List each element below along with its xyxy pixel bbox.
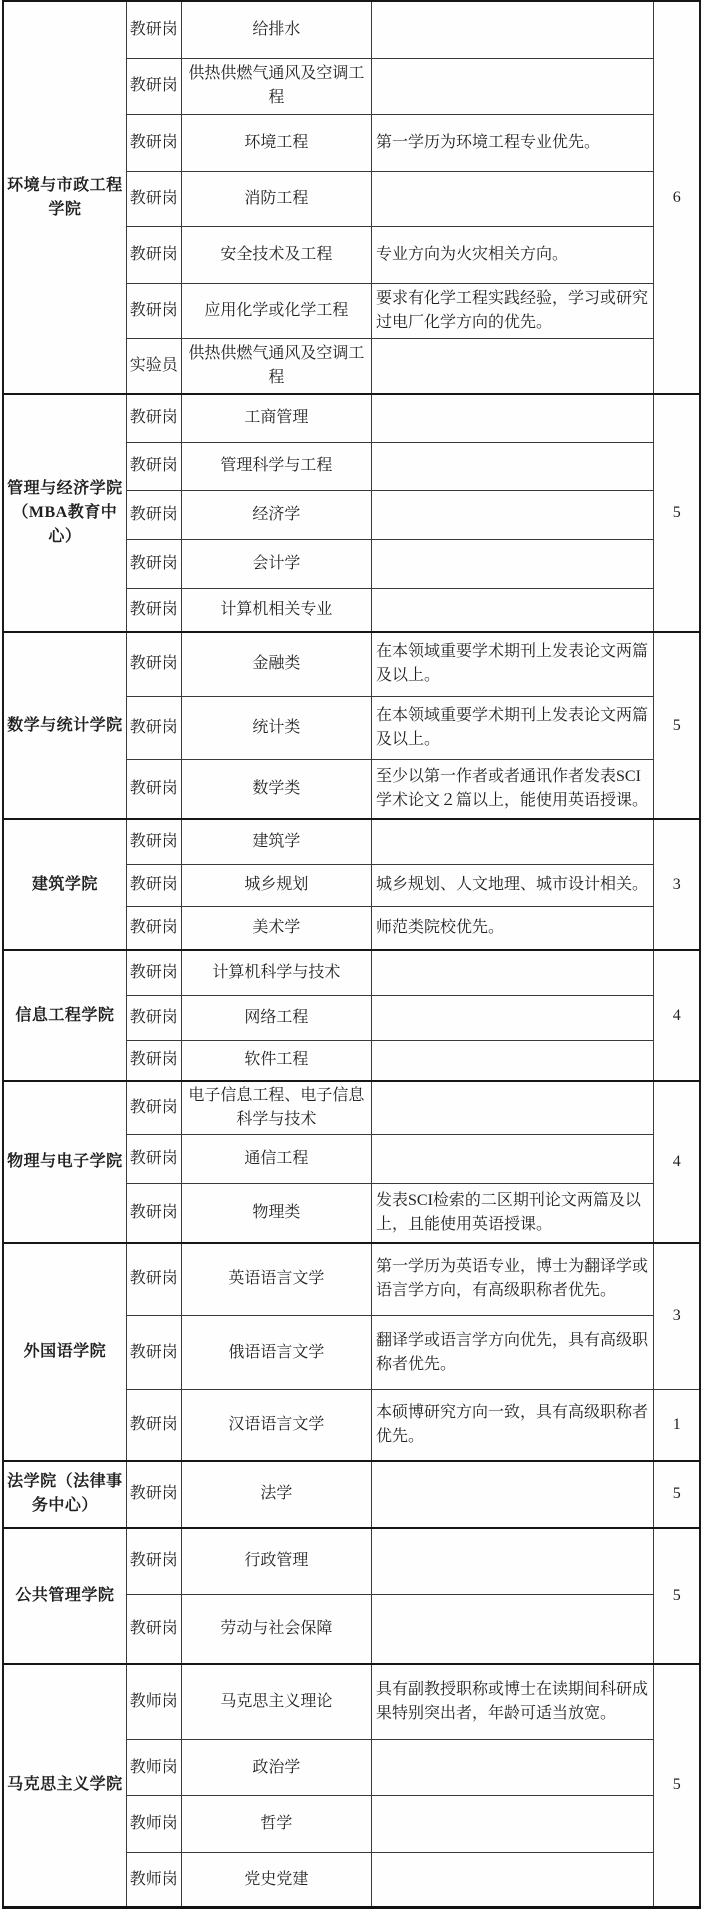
major-cell: 党史党建 — [181, 1853, 371, 1908]
position-cell: 教研岗 — [126, 696, 181, 759]
major-cell: 马克思主义理论 — [181, 1664, 371, 1740]
college-cell: 法学院（法律事务中心） — [3, 1461, 126, 1528]
count-cell: 5 — [654, 1664, 700, 1908]
position-cell: 教研岗 — [126, 1461, 181, 1528]
major-cell: 建筑学 — [181, 819, 371, 864]
position-cell: 教研岗 — [126, 1595, 181, 1664]
position-cell: 教研岗 — [126, 114, 181, 171]
requirement-cell — [372, 1796, 654, 1853]
major-cell: 政治学 — [181, 1740, 371, 1796]
major-cell: 通信工程 — [181, 1135, 371, 1184]
major-cell: 电子信息工程、电子信息科学与技术 — [181, 1081, 371, 1135]
major-cell: 管理科学与工程 — [181, 442, 371, 490]
requirement-cell — [372, 539, 654, 588]
requirement-cell — [372, 1040, 654, 1081]
table-row: 建筑学院教研岗建筑学3 — [3, 819, 700, 864]
position-cell: 实验员 — [126, 338, 181, 394]
count-cell: 4 — [654, 950, 700, 1081]
requirement-cell — [372, 1740, 654, 1796]
table-row: 公共管理学院教研岗行政管理5 — [3, 1528, 700, 1595]
requirement-cell — [372, 1595, 654, 1664]
requirement-cell — [372, 1853, 654, 1908]
major-cell: 俄语语言文学 — [181, 1316, 371, 1390]
count-cell: 5 — [654, 1461, 700, 1528]
major-cell: 供热供燃气通风及空调工程 — [181, 58, 371, 114]
requirement-cell: 第一学历为英语专业，博士为翻译学或语言学方向，有高级职称者优先。 — [372, 1243, 654, 1316]
requirement-cell: 至少以第一作者或者通讯作者发表SCI学术论文２篇以上，能使用英语授课。 — [372, 759, 654, 819]
requirement-cell: 要求有化学工程实践经验，学习或研究过电厂化学方向的优先。 — [372, 283, 654, 338]
count-cell: 5 — [654, 632, 700, 819]
position-cell: 教师岗 — [126, 1796, 181, 1853]
position-cell: 教研岗 — [126, 1184, 181, 1243]
position-cell: 教研岗 — [126, 759, 181, 819]
requirement-cell: 在本领域重要学术期刊上发表论文两篇及以上。 — [372, 632, 654, 696]
position-cell: 教研岗 — [126, 1316, 181, 1390]
college-cell: 马克思主义学院 — [3, 1664, 126, 1908]
table-row: 物理与电子学院教研岗电子信息工程、电子信息科学与技术4 — [3, 1081, 700, 1135]
requirement-cell — [372, 1081, 654, 1135]
major-cell: 行政管理 — [181, 1528, 371, 1595]
college-cell: 建筑学院 — [3, 819, 126, 950]
requirement-cell: 师范类院校优先。 — [372, 906, 654, 950]
position-cell: 教研岗 — [126, 1081, 181, 1135]
college-cell: 管理与经济学院（MBA教育中心） — [3, 394, 126, 632]
position-cell: 教研岗 — [126, 226, 181, 283]
requirement-cell: 专业方向为火灾相关方向。 — [372, 226, 654, 283]
position-cell: 教研岗 — [126, 1528, 181, 1595]
requirement-cell: 城乡规划、人文地理、城市设计相关。 — [372, 864, 654, 906]
position-cell: 教研岗 — [126, 632, 181, 696]
position-cell: 教师岗 — [126, 1740, 181, 1796]
requirement-cell — [372, 58, 654, 114]
major-cell: 美术学 — [181, 906, 371, 950]
college-cell: 公共管理学院 — [3, 1528, 126, 1664]
count-cell: 5 — [654, 394, 700, 632]
major-cell: 劳动与社会保障 — [181, 1595, 371, 1664]
college-cell: 环境与市政工程学院 — [3, 1, 126, 394]
position-cell: 教研岗 — [126, 1390, 181, 1461]
position-cell: 教师岗 — [126, 1664, 181, 1740]
requirement-cell: 本硕博研究方向一致，具有高级职称者优先。 — [372, 1390, 654, 1461]
requirement-cell — [372, 394, 654, 442]
position-cell: 教研岗 — [126, 588, 181, 632]
major-cell: 网络工程 — [181, 995, 371, 1040]
count-cell: 3 — [654, 1243, 700, 1390]
position-cell: 教研岗 — [126, 906, 181, 950]
requirement-cell: 发表SCI检索的二区期刊论文两篇及以上，且能使用英语授课。 — [372, 1184, 654, 1243]
college-cell: 数学与统计学院 — [3, 632, 126, 819]
count-cell: 1 — [654, 1390, 700, 1461]
table-row: 环境与市政工程学院教研岗给排水6 — [3, 1, 700, 58]
major-cell: 计算机科学与技术 — [181, 950, 371, 995]
requirement-cell — [372, 1135, 654, 1184]
count-cell: 6 — [654, 1, 700, 394]
major-cell: 法学 — [181, 1461, 371, 1528]
major-cell: 软件工程 — [181, 1040, 371, 1081]
requirement-cell — [372, 442, 654, 490]
table-row: 管理与经济学院（MBA教育中心）教研岗工商管理5 — [3, 394, 700, 442]
college-cell: 外国语学院 — [3, 1243, 126, 1461]
position-cell: 教研岗 — [126, 171, 181, 226]
requirement-cell: 在本领域重要学术期刊上发表论文两篇及以上。 — [372, 696, 654, 759]
major-cell: 英语语言文学 — [181, 1243, 371, 1316]
position-cell: 教研岗 — [126, 864, 181, 906]
requirement-cell — [372, 338, 654, 394]
major-cell: 经济学 — [181, 490, 371, 539]
requirement-cell — [372, 1, 654, 58]
major-cell: 数学类 — [181, 759, 371, 819]
major-cell: 环境工程 — [181, 114, 371, 171]
requirement-cell — [372, 490, 654, 539]
major-cell: 金融类 — [181, 632, 371, 696]
major-cell: 给排水 — [181, 1, 371, 58]
requirement-cell — [372, 819, 654, 864]
major-cell: 应用化学或化学工程 — [181, 283, 371, 338]
requirement-cell: 具有副教授职称或博士在读期间科研成果特别突出者，年龄可适当放宽。 — [372, 1664, 654, 1740]
position-cell: 教师岗 — [126, 1853, 181, 1908]
table-row: 外国语学院教研岗英语语言文学第一学历为英语专业，博士为翻译学或语言学方向，有高级… — [3, 1243, 700, 1316]
position-cell: 教研岗 — [126, 995, 181, 1040]
table-row: 法学院（法律事务中心）教研岗法学5 — [3, 1461, 700, 1528]
requirement-cell: 第一学历为环境工程专业优先。 — [372, 114, 654, 171]
major-cell: 统计类 — [181, 696, 371, 759]
count-cell: 4 — [654, 1081, 700, 1243]
position-cell: 教研岗 — [126, 490, 181, 539]
position-cell: 教研岗 — [126, 394, 181, 442]
count-cell: 3 — [654, 819, 700, 950]
position-cell: 教研岗 — [126, 58, 181, 114]
college-cell: 物理与电子学院 — [3, 1081, 126, 1243]
recruitment-table-body: 环境与市政工程学院教研岗给排水6教研岗供热供燃气通风及空调工程教研岗环境工程第一… — [3, 1, 700, 1908]
college-cell: 信息工程学院 — [3, 950, 126, 1081]
position-cell: 教研岗 — [126, 950, 181, 995]
table-row: 数学与统计学院教研岗金融类在本领域重要学术期刊上发表论文两篇及以上。5 — [3, 632, 700, 696]
major-cell: 计算机相关专业 — [181, 588, 371, 632]
requirement-cell — [372, 950, 654, 995]
document-page: 环境与市政工程学院教研岗给排水6教研岗供热供燃气通风及空调工程教研岗环境工程第一… — [0, 0, 704, 1909]
major-cell: 哲学 — [181, 1796, 371, 1853]
position-cell: 教研岗 — [126, 539, 181, 588]
major-cell: 消防工程 — [181, 171, 371, 226]
position-cell: 教研岗 — [126, 1243, 181, 1316]
major-cell: 工商管理 — [181, 394, 371, 442]
requirement-cell — [372, 995, 654, 1040]
requirement-cell: 翻译学或语言学方向优先，具有高级职称者优先。 — [372, 1316, 654, 1390]
count-cell: 5 — [654, 1528, 700, 1664]
position-cell: 教研岗 — [126, 1135, 181, 1184]
recruitment-table: 环境与市政工程学院教研岗给排水6教研岗供热供燃气通风及空调工程教研岗环境工程第一… — [2, 0, 701, 1909]
requirement-cell — [372, 588, 654, 632]
requirement-cell — [372, 171, 654, 226]
major-cell: 会计学 — [181, 539, 371, 588]
major-cell: 汉语语言文学 — [181, 1390, 371, 1461]
position-cell: 教研岗 — [126, 819, 181, 864]
position-cell: 教研岗 — [126, 1040, 181, 1081]
major-cell: 安全技术及工程 — [181, 226, 371, 283]
table-row: 马克思主义学院教师岗马克思主义理论具有副教授职称或博士在读期间科研成果特别突出者… — [3, 1664, 700, 1740]
position-cell: 教研岗 — [126, 1, 181, 58]
major-cell: 城乡规划 — [181, 864, 371, 906]
position-cell: 教研岗 — [126, 442, 181, 490]
table-row: 信息工程学院教研岗计算机科学与技术4 — [3, 950, 700, 995]
position-cell: 教研岗 — [126, 283, 181, 338]
major-cell: 物理类 — [181, 1184, 371, 1243]
major-cell: 供热供燃气通风及空调工程 — [181, 338, 371, 394]
requirement-cell — [372, 1528, 654, 1595]
requirement-cell — [372, 1461, 654, 1528]
